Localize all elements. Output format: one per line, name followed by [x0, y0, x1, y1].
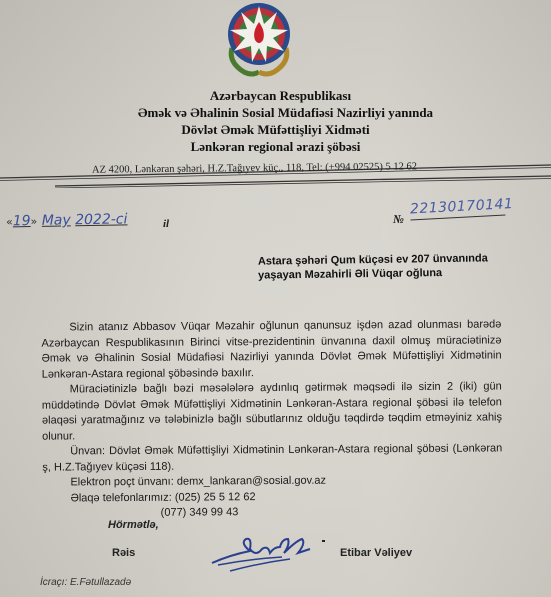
state-emblem-icon	[222, 0, 296, 80]
document-number: 22130170141	[410, 197, 506, 221]
letterhead-branch: Lənkəran regional ərazi şöbəsi	[0, 138, 551, 155]
body-paragraph: Ünvan: Dövlət Əmək Müfəttişliyi Xidmətin…	[42, 441, 502, 475]
executor: İcraçı: E.Fətullazadə	[40, 577, 131, 588]
letterhead-country: Azərbaycan Respublikası	[0, 87, 551, 104]
letterhead-service: Dövlət Əmək Müfəttişliyi Xidməti	[0, 121, 551, 138]
body-paragraph: Sizin atanız Abbasov Vüqar Məzahir oğlun…	[41, 317, 501, 382]
letterhead: Azərbaycan Respublikası Əmək və Əhalinin…	[0, 87, 551, 155]
document-number-label: №	[393, 212, 404, 227]
recipient-block: Astara şəhəri Qum küçəsi ev 207 ünvanınd…	[258, 251, 488, 282]
ink-mark	[322, 540, 325, 542]
signature-icon	[210, 533, 320, 573]
recipient-name: yaşayan Məzahirli Əli Vüqar oğluna	[258, 265, 488, 282]
letter-body: Sizin atanız Abbasov Vüqar Məzahir oğlun…	[41, 317, 502, 522]
signer-name: Etibar Vəliyev	[340, 547, 412, 559]
date-year: 2022-ci	[75, 211, 128, 228]
date-suffix: il	[163, 218, 169, 230]
closing-salutation: Hörmətlə,	[108, 519, 159, 531]
letterhead-ministry: Əmək və Əhalinin Sosial Müdafiəsi Nazirl…	[0, 104, 551, 121]
date-day: 19	[13, 213, 31, 229]
document-date: «19» May 2022-ci	[6, 211, 176, 230]
body-paragraph: Müraciətinizlə bağlı bəzi məsələlərə ayd…	[42, 379, 502, 444]
signer-role: Rəis	[112, 547, 135, 559]
date-month: May	[42, 212, 71, 229]
